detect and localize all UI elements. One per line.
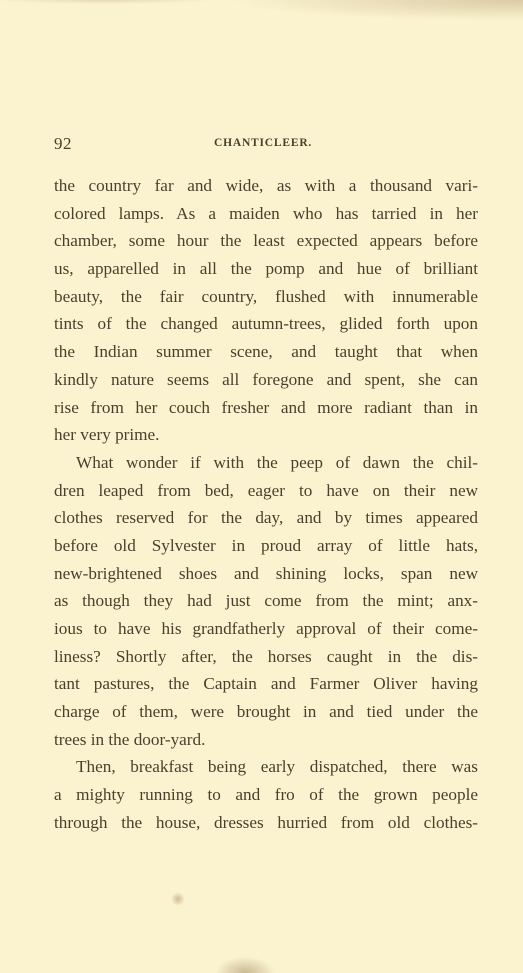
running-head: 92 CHANTICLEER. [54,134,478,160]
text-line: us, apparelled in all the pomp and hue o… [54,255,478,283]
text-line: liness? Shortly after, the horses caught… [54,643,478,671]
book-page: 92 CHANTICLEER. the country far and wide… [54,134,478,837]
text-line: a mighty running to and fro of the grown… [54,781,478,809]
text-line: rise from her couch fresher and more rad… [54,394,478,422]
text-line: as though they had just come from the mi… [54,587,478,615]
text-line: tints of the changed autumn-trees, glide… [54,310,478,338]
text-line: colored lamps. As a maiden who has tarri… [54,200,478,228]
page-number: 92 [54,134,72,154]
page-speck [171,892,185,906]
text-line: chamber, some hour the least expected ap… [54,227,478,255]
text-line: beauty, the fair country, flushed with i… [54,283,478,311]
text-line: ious to have his grandfatherly approval … [54,615,478,643]
text-line: her very prime. [54,421,478,449]
page-discoloration-bottom [205,948,285,973]
text-line: charge of them, were brought in and tied… [54,698,478,726]
page-discoloration-top [0,0,523,34]
running-title: CHANTICLEER. [214,137,312,149]
text-line: the country far and wide, as with a thou… [54,172,478,200]
paragraph-start-line: Then, breakfast being early dispatched, … [54,753,478,781]
text-line: the Indian summer scene, and taught that… [54,338,478,366]
text-line: kindly nature seems all foregone and spe… [54,366,478,394]
text-line: before old Sylvester in proud array of l… [54,532,478,560]
text-line: trees in the door-yard. [54,726,478,754]
text-line: through the house, dresses hurried from … [54,809,478,837]
text-line: new-brightened shoes and shining locks, … [54,560,478,588]
body-text: the country far and wide, as with a thou… [54,172,478,837]
text-line: clothes reserved for the day, and by tim… [54,504,478,532]
text-line: dren leaped from bed, eager to have on t… [54,477,478,505]
paragraph-start-line: What wonder if with the peep of dawn the… [54,449,478,477]
text-line: tant pastures, the Captain and Farmer Ol… [54,670,478,698]
